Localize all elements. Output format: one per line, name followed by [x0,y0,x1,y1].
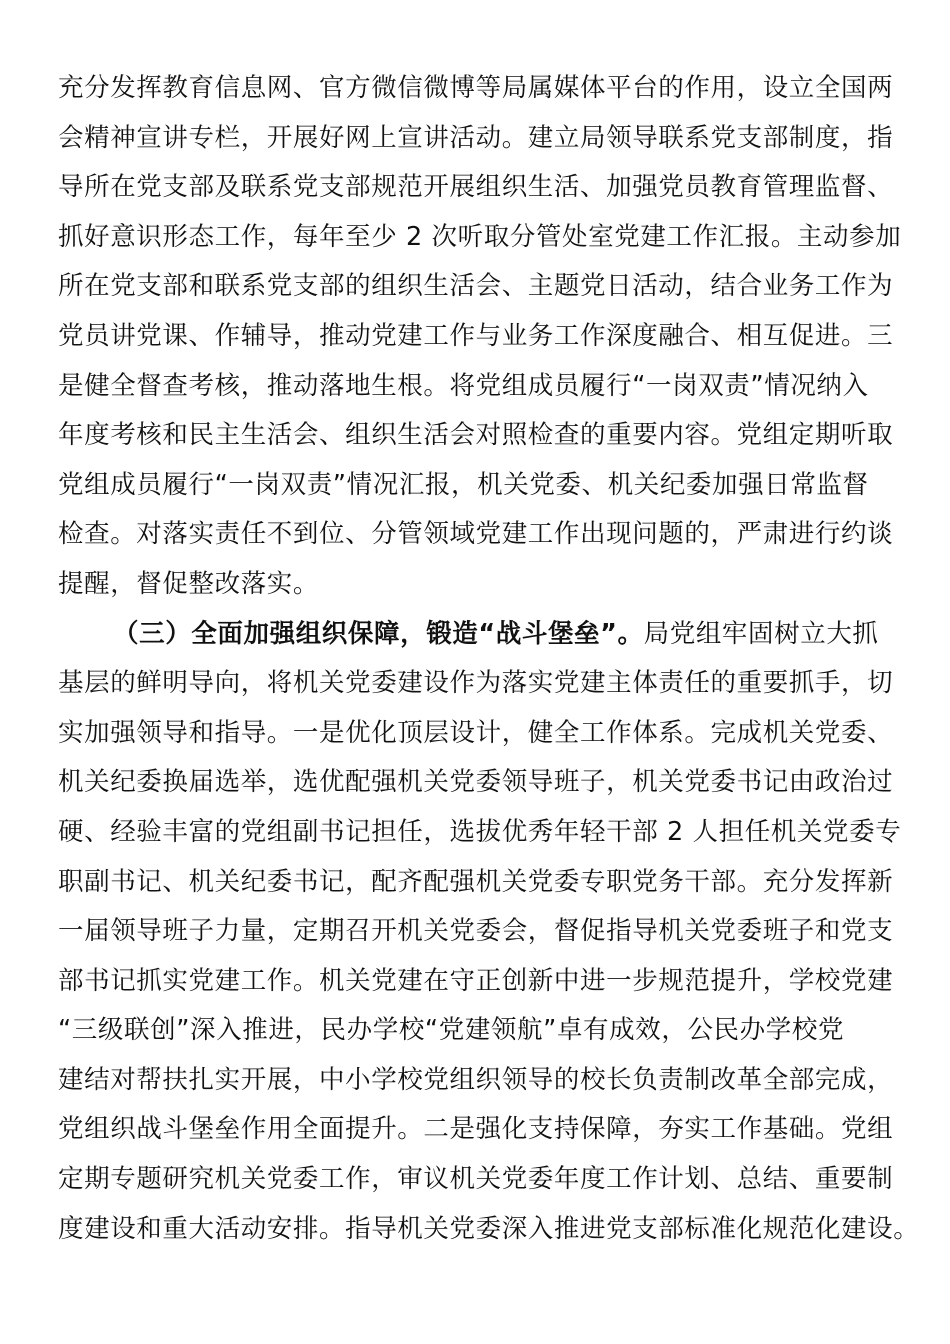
text-line: 机关纪委换届选举，选优配强机关党委领导班子，机关党委书记由政治过 [58,762,894,812]
text-line: 一届领导班子力量，定期召开机关党委会，督促指导机关党委班子和党支 [58,911,894,961]
section-heading: （三）全面加强组织保障，锻造“战斗堡垒”。 [113,619,644,649]
text-line: “三级联创”深入推进，民办学校“党建领航”卓有成效，公民办学校党 [58,1010,894,1060]
text-line: 党组织战斗堡垒作用全面提升。二是强化支持保障，夯实工作基础。党组 [58,1109,894,1159]
text-line: 充分发挥教育信息网、官方微信微博等局属媒体平台的作用，设立全国两 [58,68,894,118]
text-line: 抓好意识形态工作，每年至少 2 次听取分管处室党建工作汇报。主动参加 [58,217,894,267]
text-line: 所在党支部和联系党支部的组织生活会、主题党日活动，结合业务工作为 [58,266,894,316]
text-line: 是健全督查考核，推动落地生根。将党组成员履行“一岗双责”情况纳入 [58,366,894,416]
text-line: 会精神宣讲专栏，开展好网上宣讲活动。建立局领导联系党支部制度，指 [58,118,894,168]
text-line: 党组成员履行“一岗双责”情况汇报，机关党委、机关纪委加强日常监督 [58,465,894,515]
text-line: 基层的鲜明导向，将机关党委建设作为落实党建主体责任的重要抓手，切 [58,663,894,713]
text-line: 部书记抓实党建工作。机关党建在守正创新中进一步规范提升，学校党建 [58,961,894,1011]
text-line: 职副书记、机关纪委书记，配齐配强机关党委专职党务干部。充分发挥新 [58,862,894,912]
text-line: 定期专题研究机关党委工作，审议机关党委年度工作计划、总结、重要制 [58,1159,894,1209]
text-line: 建结对帮扶扎实开展，中小学校党组织领导的校长负责制改革全部完成， [58,1060,894,1110]
text-line: 度建设和重大活动安排。指导机关党委深入推进党支部标准化规范化建设。 [58,1209,894,1259]
document-page: 充分发挥教育信息网、官方微信微博等局属媒体平台的作用，设立全国两 会精神宣讲专栏… [58,68,894,1258]
text-line: 提醒，督促整改落实。 [58,564,894,614]
text-line: 实加强领导和指导。一是优化顶层设计，健全工作体系。完成机关党委、 [58,713,894,763]
text-line: 检查。对落实责任不到位、分管领域党建工作出现问题的，严肃进行约谈 [58,514,894,564]
section-heading-tail: 局党组牢固树立大抓 [644,619,879,649]
text-line: 党员讲党课、作辅导，推动党建工作与业务工作深度融合、相互促进。三 [58,316,894,366]
section-heading-line: （三）全面加强组织保障，锻造“战斗堡垒”。局党组牢固树立大抓 [58,614,894,664]
text-line: 年度考核和民主生活会、组织生活会对照检查的重要内容。党组定期听取 [58,415,894,465]
text-line: 导所在党支部及联系党支部规范开展组织生活、加强党员教育管理监督、 [58,167,894,217]
text-line: 硬、经验丰富的党组副书记担任，选拔优秀年轻干部 2 人担任机关党委专 [58,812,894,862]
paragraph-1: 充分发挥教育信息网、官方微信微博等局属媒体平台的作用，设立全国两 会精神宣讲专栏… [58,68,894,614]
section-3: （三）全面加强组织保障，锻造“战斗堡垒”。局党组牢固树立大抓 基层的鲜明导向，将… [58,614,894,1259]
